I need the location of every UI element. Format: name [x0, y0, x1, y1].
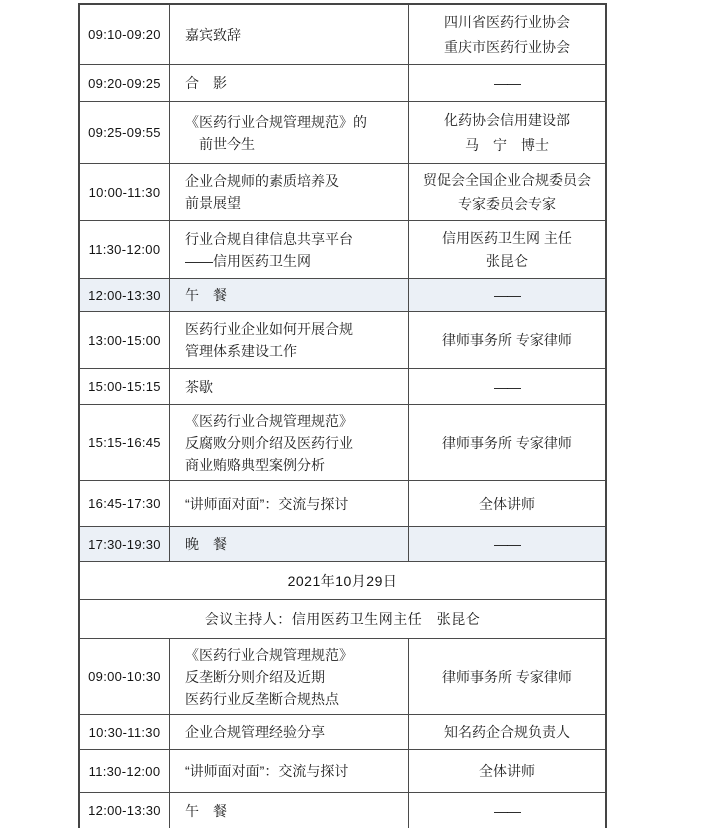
time-cell: 09:10-09:20 — [80, 5, 170, 64]
session-line: 医药行业企业如何开展合规 — [185, 318, 402, 340]
agenda-row: 15:00-15:15茶歇—— — [80, 369, 605, 405]
session-line: 午 餐 — [185, 284, 402, 306]
banner-text: 会议主持人：信用医药卫生网主任 张昆仑 — [80, 600, 605, 638]
agenda-row: 10:30-11:30企业合规管理经验分享知名药企合规负责人 — [80, 715, 605, 750]
session-line: 茶歇 — [185, 376, 402, 398]
speaker-line: 全体讲师 — [479, 494, 535, 514]
session-cell: 午 餐 — [170, 793, 409, 828]
time-cell: 15:00-15:15 — [80, 369, 170, 404]
time-cell: 09:00-10:30 — [80, 639, 170, 714]
speaker-line: 专家委员会专家 — [458, 194, 556, 214]
session-cell: 合 影 — [170, 65, 409, 101]
session-cell: 茶歇 — [170, 369, 409, 404]
agenda-row: 12:00-13:30午 餐—— — [80, 279, 605, 312]
speaker-line: 律师事务所 专家律师 — [442, 667, 572, 687]
speaker-line: 张昆仑 — [486, 251, 528, 271]
time-cell: 16:45-17:30 — [80, 481, 170, 526]
session-cell: 行业合规自律信息共享平台——信用医药卫生网 — [170, 221, 409, 278]
session-cell: 企业合规师的素质培养及前景展望 — [170, 164, 409, 220]
session-line: 嘉宾致辞 — [185, 24, 402, 46]
speaker-line: 化药协会信用建设部 — [444, 110, 570, 130]
date-banner: 2021年10月29日 — [80, 562, 605, 600]
speaker-cell: —— — [409, 527, 605, 561]
time-cell: 17:30-19:30 — [80, 527, 170, 561]
agenda-row: 09:20-09:25合 影—— — [80, 65, 605, 102]
session-line: 反腐败分则介绍及医药行业 — [185, 432, 402, 454]
agenda-row: 15:15-16:45《医药行业合规管理规范》反腐败分则介绍及医药行业商业贿赂典… — [80, 405, 605, 481]
agenda-row: 16:45-17:30“讲师面对面”：交流与探讨全体讲师 — [80, 481, 605, 527]
session-line: 午 餐 — [185, 800, 402, 822]
session-line: 合 影 — [185, 72, 402, 94]
session-cell: 《医药行业合规管理规范》反腐败分则介绍及医药行业商业贿赂典型案例分析 — [170, 405, 409, 480]
session-line: 管理体系建设工作 — [185, 340, 402, 362]
time-cell: 11:30-12:00 — [80, 221, 170, 278]
speaker-cell: 化药协会信用建设部马 宁 博士 — [409, 102, 605, 163]
session-cell: 午 餐 — [170, 279, 409, 311]
speaker-cell: 全体讲师 — [409, 481, 605, 526]
speaker-line: 知名药企合规负责人 — [444, 722, 570, 742]
speaker-line: 全体讲师 — [479, 761, 535, 781]
session-line: 企业合规师的素质培养及 — [185, 170, 402, 192]
session-line: 商业贿赂典型案例分析 — [185, 454, 402, 476]
no-speaker-dash: —— — [494, 534, 520, 554]
speaker-cell: 律师事务所 专家律师 — [409, 639, 605, 714]
speaker-line: 律师事务所 专家律师 — [442, 433, 572, 453]
agenda-row: 09:10-09:20嘉宾致辞四川省医药行业协会重庆市医药行业协会 — [80, 5, 605, 65]
session-cell: “讲师面对面”：交流与探讨 — [170, 481, 409, 526]
agenda-table: 09:10-09:20嘉宾致辞四川省医药行业协会重庆市医药行业协会09:20-0… — [78, 3, 607, 828]
session-line: 《医药行业合规管理规范》的 — [185, 111, 402, 133]
speaker-cell: 四川省医药行业协会重庆市医药行业协会 — [409, 5, 605, 64]
session-line: “讲师面对面”：交流与探讨 — [185, 493, 402, 515]
speaker-line: 重庆市医药行业协会 — [444, 37, 570, 57]
time-cell: 15:15-16:45 — [80, 405, 170, 480]
session-line: 《医药行业合规管理规范》 — [185, 644, 402, 666]
speaker-cell: 律师事务所 专家律师 — [409, 312, 605, 368]
session-cell: 医药行业企业如何开展合规管理体系建设工作 — [170, 312, 409, 368]
speaker-cell: 贸促会全国企业合规委员会专家委员会专家 — [409, 164, 605, 220]
agenda-row: 09:25-09:55《医药行业合规管理规范》的 前世今生化药协会信用建设部马 … — [80, 102, 605, 164]
session-line: 前世今生 — [185, 133, 402, 155]
speaker-line: 信用医药卫生网 主任 — [442, 228, 572, 248]
session-line: ——信用医药卫生网 — [185, 250, 402, 272]
no-speaker-dash: —— — [494, 285, 520, 305]
speaker-line: 马 宁 博士 — [465, 135, 549, 155]
speaker-cell: —— — [409, 793, 605, 828]
agenda-row: 09:00-10:30《医药行业合规管理规范》反垄断分则介绍及近期医药行业反垄断… — [80, 639, 605, 715]
time-cell: 11:30-12:00 — [80, 750, 170, 792]
session-line: 前景展望 — [185, 192, 402, 214]
session-line: 企业合规管理经验分享 — [185, 721, 402, 743]
session-cell: “讲师面对面”：交流与探讨 — [170, 750, 409, 792]
session-line: 晚 餐 — [185, 533, 402, 555]
agenda-row: 13:00-15:00医药行业企业如何开展合规管理体系建设工作律师事务所 专家律… — [80, 312, 605, 369]
speaker-cell: 信用医药卫生网 主任张昆仑 — [409, 221, 605, 278]
session-line: 行业合规自律信息共享平台 — [185, 228, 402, 250]
time-cell: 12:00-13:30 — [80, 793, 170, 828]
session-line: 《医药行业合规管理规范》 — [185, 410, 402, 432]
agenda-row: 10:00-11:30企业合规师的素质培养及前景展望贸促会全国企业合规委员会专家… — [80, 164, 605, 221]
speaker-line: 四川省医药行业协会 — [444, 12, 570, 32]
scanned-document-page: 09:10-09:20嘉宾致辞四川省医药行业协会重庆市医药行业协会09:20-0… — [0, 0, 710, 828]
speaker-cell: 知名药企合规负责人 — [409, 715, 605, 749]
speaker-cell: 律师事务所 专家律师 — [409, 405, 605, 480]
time-cell: 10:30-11:30 — [80, 715, 170, 749]
speaker-line: 贸促会全国企业合规委员会 — [423, 170, 591, 190]
speaker-cell: —— — [409, 369, 605, 404]
speaker-cell: 全体讲师 — [409, 750, 605, 792]
speaker-cell: —— — [409, 279, 605, 311]
session-line: 医药行业反垄断合规热点 — [185, 688, 402, 710]
session-cell: 《医药行业合规管理规范》反垄断分则介绍及近期医药行业反垄断合规热点 — [170, 639, 409, 714]
time-cell: 12:00-13:30 — [80, 279, 170, 311]
session-line: “讲师面对面”：交流与探讨 — [185, 760, 402, 782]
speaker-cell: —— — [409, 65, 605, 101]
time-cell: 13:00-15:00 — [80, 312, 170, 368]
no-speaker-dash: —— — [494, 801, 520, 821]
time-cell: 09:25-09:55 — [80, 102, 170, 163]
time-cell: 09:20-09:25 — [80, 65, 170, 101]
session-cell: 嘉宾致辞 — [170, 5, 409, 64]
banner-text: 2021年10月29日 — [80, 562, 605, 599]
session-line: 反垄断分则介绍及近期 — [185, 666, 402, 688]
agenda-row: 17:30-19:30晚 餐—— — [80, 527, 605, 562]
agenda-row: 11:30-12:00“讲师面对面”：交流与探讨全体讲师 — [80, 750, 605, 793]
session-cell: 《医药行业合规管理规范》的 前世今生 — [170, 102, 409, 163]
no-speaker-dash: —— — [494, 73, 520, 93]
speaker-line: 律师事务所 专家律师 — [442, 330, 572, 350]
agenda-row: 11:30-12:00行业合规自律信息共享平台——信用医药卫生网信用医药卫生网 … — [80, 221, 605, 279]
session-cell: 晚 餐 — [170, 527, 409, 561]
session-cell: 企业合规管理经验分享 — [170, 715, 409, 749]
agenda-row: 12:00-13:30午 餐—— — [80, 793, 605, 828]
host-banner: 会议主持人：信用医药卫生网主任 张昆仑 — [80, 600, 605, 639]
time-cell: 10:00-11:30 — [80, 164, 170, 220]
no-speaker-dash: —— — [494, 377, 520, 397]
